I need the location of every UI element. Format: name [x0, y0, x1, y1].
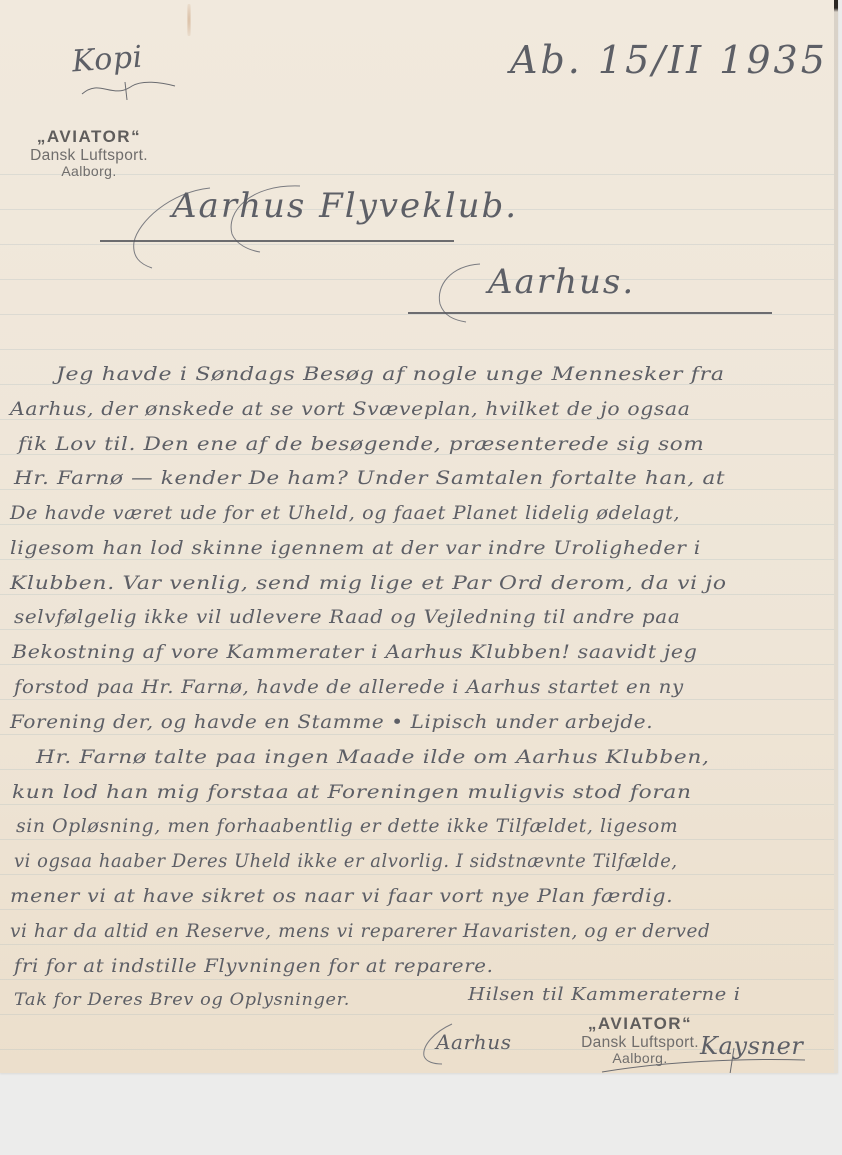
stamp-company-name: „AVIATOR“	[14, 128, 164, 147]
body-line: selvfølgelig ikke vil udlevere Raad og V…	[14, 606, 680, 628]
city-flourish	[430, 256, 490, 326]
copy-mark-flourish	[80, 72, 180, 102]
paper-stain	[187, 4, 191, 36]
stamp-company-subtitle: Dansk Luftsport.	[14, 147, 164, 164]
stamp-company-city: Aalborg.	[14, 164, 164, 179]
ruled-line	[0, 979, 838, 980]
body-line: ligesom han lod skinne igennem at der va…	[10, 537, 701, 559]
ruled-line	[0, 874, 838, 875]
body-line: Hr. Farnø talte paa ingen Maade ilde om …	[36, 746, 710, 768]
body-line: forstod paa Hr. Farnø, havde de allerede…	[14, 676, 684, 698]
body-line: sin Opløsning, men forhaabentlig er dett…	[16, 815, 678, 837]
body-line: fik Lov til. Den ene af de besøgende, pr…	[18, 433, 704, 455]
salutation-city: Aarhus	[436, 1030, 512, 1054]
ruled-line	[0, 559, 838, 560]
ruled-line	[0, 699, 838, 700]
stamp-company-name: „AVIATOR“	[574, 1015, 706, 1034]
ruled-line	[0, 314, 838, 315]
body-line: vi har da altid en Reserve, mens vi repa…	[10, 920, 710, 942]
body-line: Forening der, og havde en Stamme • Lipis…	[10, 711, 653, 733]
body-line: mener vi at have sikret os naar vi faar …	[10, 885, 673, 907]
ruled-line	[0, 909, 838, 910]
recipient-city: Aarhus.	[488, 262, 635, 302]
body-line: De havde været ude for et Uheld, og faae…	[10, 502, 680, 524]
date-line: Ab. 15/II 1935	[510, 38, 828, 82]
body-line: Klubben. Var venlig, send mig lige et Pa…	[10, 572, 727, 594]
ruled-line	[0, 734, 838, 735]
body-line: fri for at indstille Flyvningen for at r…	[14, 955, 494, 977]
ruled-line	[0, 804, 838, 805]
city-underline	[408, 312, 772, 314]
recipient-name: Aarhus Flyveklub.	[172, 186, 518, 226]
ruled-line	[0, 944, 838, 945]
ruled-line	[0, 769, 838, 770]
body-line: Hr. Farnø — kender De ham? Under Samtale…	[14, 467, 725, 489]
paper-edge	[834, 0, 838, 1073]
body-line: Bekostning af vore Kammerater i Aarhus K…	[12, 641, 697, 663]
ruled-line	[0, 524, 838, 525]
body-line: Jeg havde i Søndags Besøg af nogle unge …	[56, 363, 725, 385]
ruled-line	[0, 839, 838, 840]
salutation: Hilsen til Kammeraterne i	[468, 984, 741, 1005]
postscript: Tak for Deres Brev og Oplysninger.	[14, 990, 350, 1010]
ruled-line	[0, 279, 838, 280]
recipient-underline	[100, 240, 454, 242]
letterhead-stamp: „AVIATOR“ Dansk Luftsport. Aalborg.	[14, 128, 164, 179]
ruled-line	[0, 244, 838, 245]
ruled-line	[0, 664, 838, 665]
ruled-line	[0, 1014, 838, 1015]
ruled-line	[0, 349, 838, 350]
letter-paper: Kopi Ab. 15/II 1935 „AVIATOR“ Dansk Luft…	[0, 0, 838, 1073]
body-line: kun lod han mig forstaa at Foreningen mu…	[12, 781, 692, 803]
ruled-line	[0, 489, 838, 490]
body-line: vi ogsaa haaber Deres Uheld ikke er alvo…	[14, 850, 678, 872]
body-line: Aarhus, der ønskede at se vort Svæveplan…	[10, 398, 691, 420]
signature-flourish	[600, 1040, 820, 1073]
ruled-line	[0, 629, 838, 630]
ruled-line	[0, 594, 838, 595]
